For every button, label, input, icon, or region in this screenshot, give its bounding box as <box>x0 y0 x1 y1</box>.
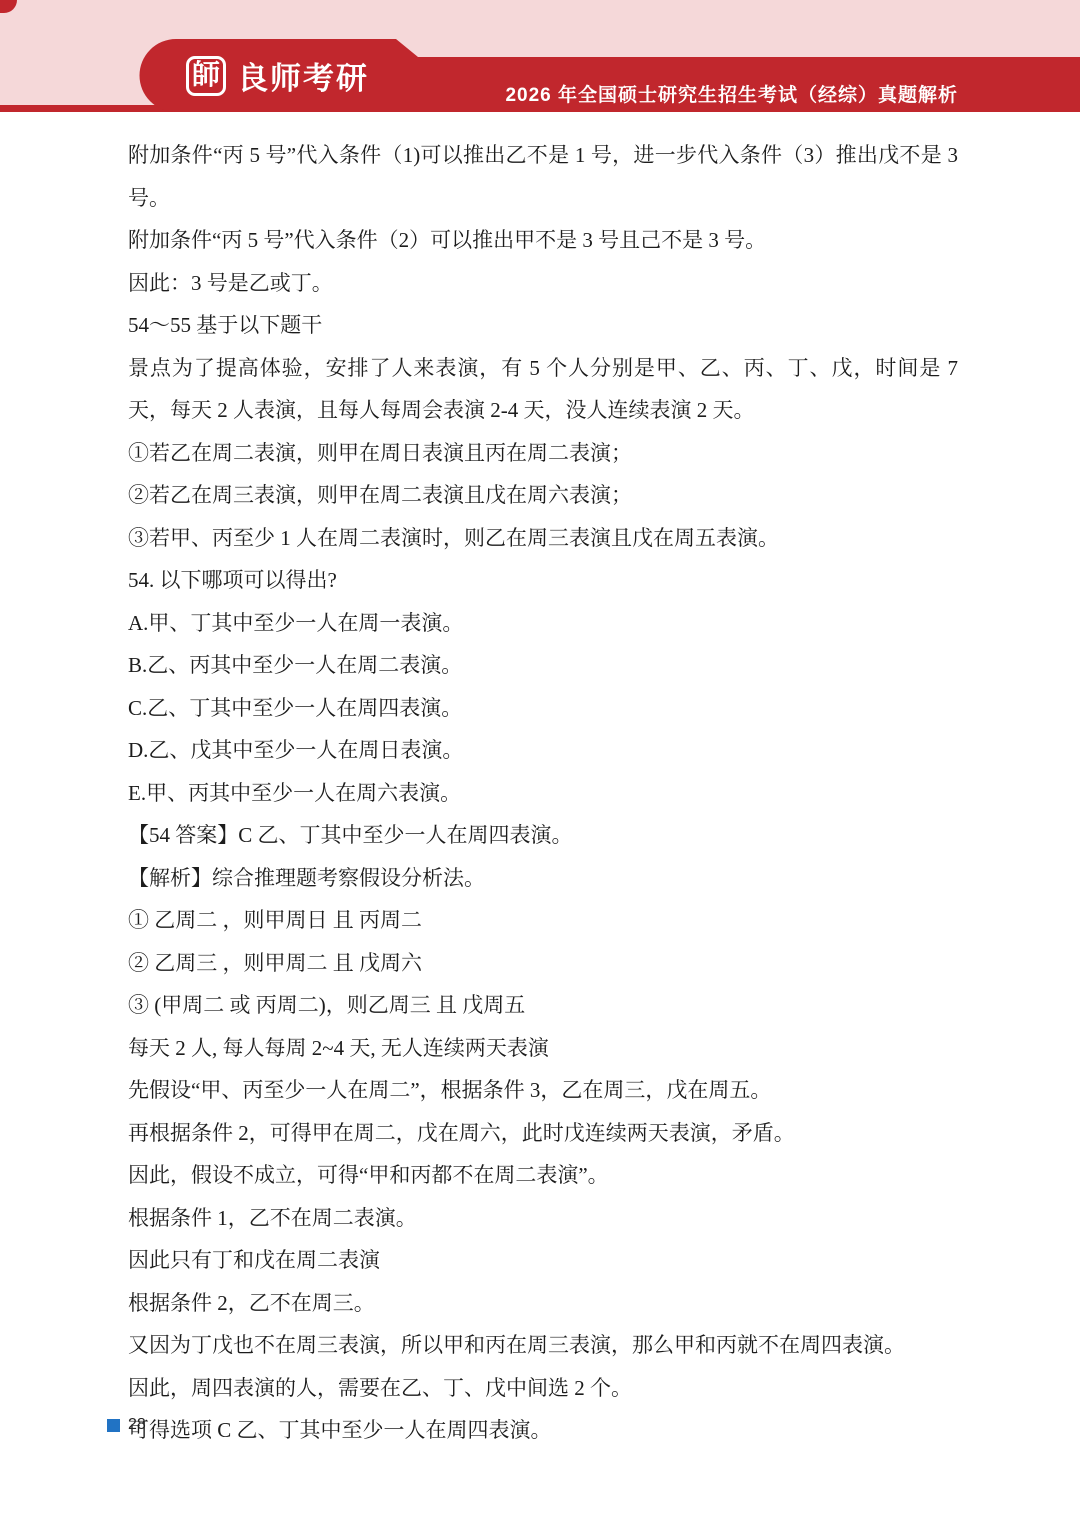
body-paragraph: 因此，假设不成立，可得“甲和丙都不在周二表演”。 <box>128 1154 958 1197</box>
body-paragraph: 先假设“甲、丙至少一人在周二”，根据条件 3，乙在周三，戊在周五。 <box>128 1069 958 1112</box>
body-paragraph: ①若乙在周二表演，则甲在周日表演且丙在周二表演； <box>128 432 958 475</box>
body-paragraph: 附加条件“丙 5 号”代入条件（2）可以推出甲不是 3 号且己不是 3 号。 <box>128 219 958 262</box>
body-paragraph: D.乙、戊其中至少一人在周日表演。 <box>128 729 958 772</box>
body-paragraph: 根据条件 1，乙不在周二表演。 <box>128 1197 958 1240</box>
body-paragraph: A.甲、丁其中至少一人在周一表演。 <box>128 602 958 645</box>
body-paragraph: ① 乙周二 ，则甲周日 且 丙周二 <box>128 899 958 942</box>
page-header: 師 良师考研 2026 年全国硕士研究生招生考试（经综）真题解析 <box>0 0 1080 112</box>
body-paragraph: 附加条件“丙 5 号”代入条件（1)可以推出乙不是 1 号，进一步代入条件（3）… <box>128 134 958 219</box>
body-paragraph: 54～55 基于以下题干 <box>128 304 958 347</box>
body-paragraph: 因此：3 号是乙或丁。 <box>128 262 958 305</box>
body-paragraph: 【解析】综合推理题考察假设分析法。 <box>128 857 958 900</box>
body-paragraph: ③若甲、丙至少 1 人在周二表演时，则乙在周三表演且戊在周五表演。 <box>128 517 958 560</box>
brand-logo: 師 良师考研 <box>186 53 369 98</box>
body-paragraph: C.乙、丁其中至少一人在周四表演。 <box>128 687 958 730</box>
page-number: 28 <box>128 1416 146 1434</box>
body-paragraph: 因此只有丁和戊在周二表演 <box>128 1239 958 1282</box>
body-paragraph: 又因为丁戊也不在周三表演，所以甲和丙在周三表演，那么甲和丙就不在周四表演。 <box>128 1324 958 1367</box>
document-title: 2026 年全国硕士研究生招生考试（经综）真题解析 <box>505 80 958 107</box>
body-paragraph: B.乙、丙其中至少一人在周二表演。 <box>128 644 958 687</box>
body-paragraph: 可得选项 C 乙、丁其中至少一人在周四表演。 <box>128 1409 958 1452</box>
body-paragraph: ②若乙在周三表演，则甲在周二表演且戊在周六表演； <box>128 474 958 517</box>
page: 師 良师考研 2026 年全国硕士研究生招生考试（经综）真题解析 附加条件“丙 … <box>0 0 1080 1527</box>
body-paragraph: 再根据条件 2，可得甲在周二，戊在周六，此时戊连续两天表演，矛盾。 <box>128 1112 958 1155</box>
body-paragraph: ② 乙周三 ，则甲周二 且 戊周六 <box>128 942 958 985</box>
brand-seal-icon: 師 <box>186 56 226 96</box>
body-paragraph: 每天 2 人, 每人每周 2~4 天, 无人连续两天表演 <box>128 1027 958 1070</box>
body-paragraph: 因此，周四表演的人，需要在乙、丁、戊中间选 2 个。 <box>128 1367 958 1410</box>
body-paragraph: ③ (甲周二 或 丙周二)，则乙周三 且 戊周五 <box>128 984 958 1027</box>
brand-name: 良师考研 <box>237 53 369 98</box>
body-paragraph: 根据条件 2，乙不在周三。 <box>128 1282 958 1325</box>
body-paragraph: 景点为了提高体验，安排了人来表演，有 5 个人分别是甲、乙、丙、丁、戊，时间是 … <box>128 347 958 432</box>
document-body: 附加条件“丙 5 号”代入条件（1)可以推出乙不是 1 号，进一步代入条件（3）… <box>0 112 1080 1452</box>
page-footer: 28 <box>107 1416 146 1434</box>
body-paragraph: 54. 以下哪项可以得出? <box>128 559 958 602</box>
body-paragraph: E.甲、丙其中至少一人在周六表演。 <box>128 772 958 815</box>
body-paragraph: 【54 答案】C 乙、丁其中至少一人在周四表演。 <box>128 814 958 857</box>
page-marker-icon <box>107 1419 120 1432</box>
